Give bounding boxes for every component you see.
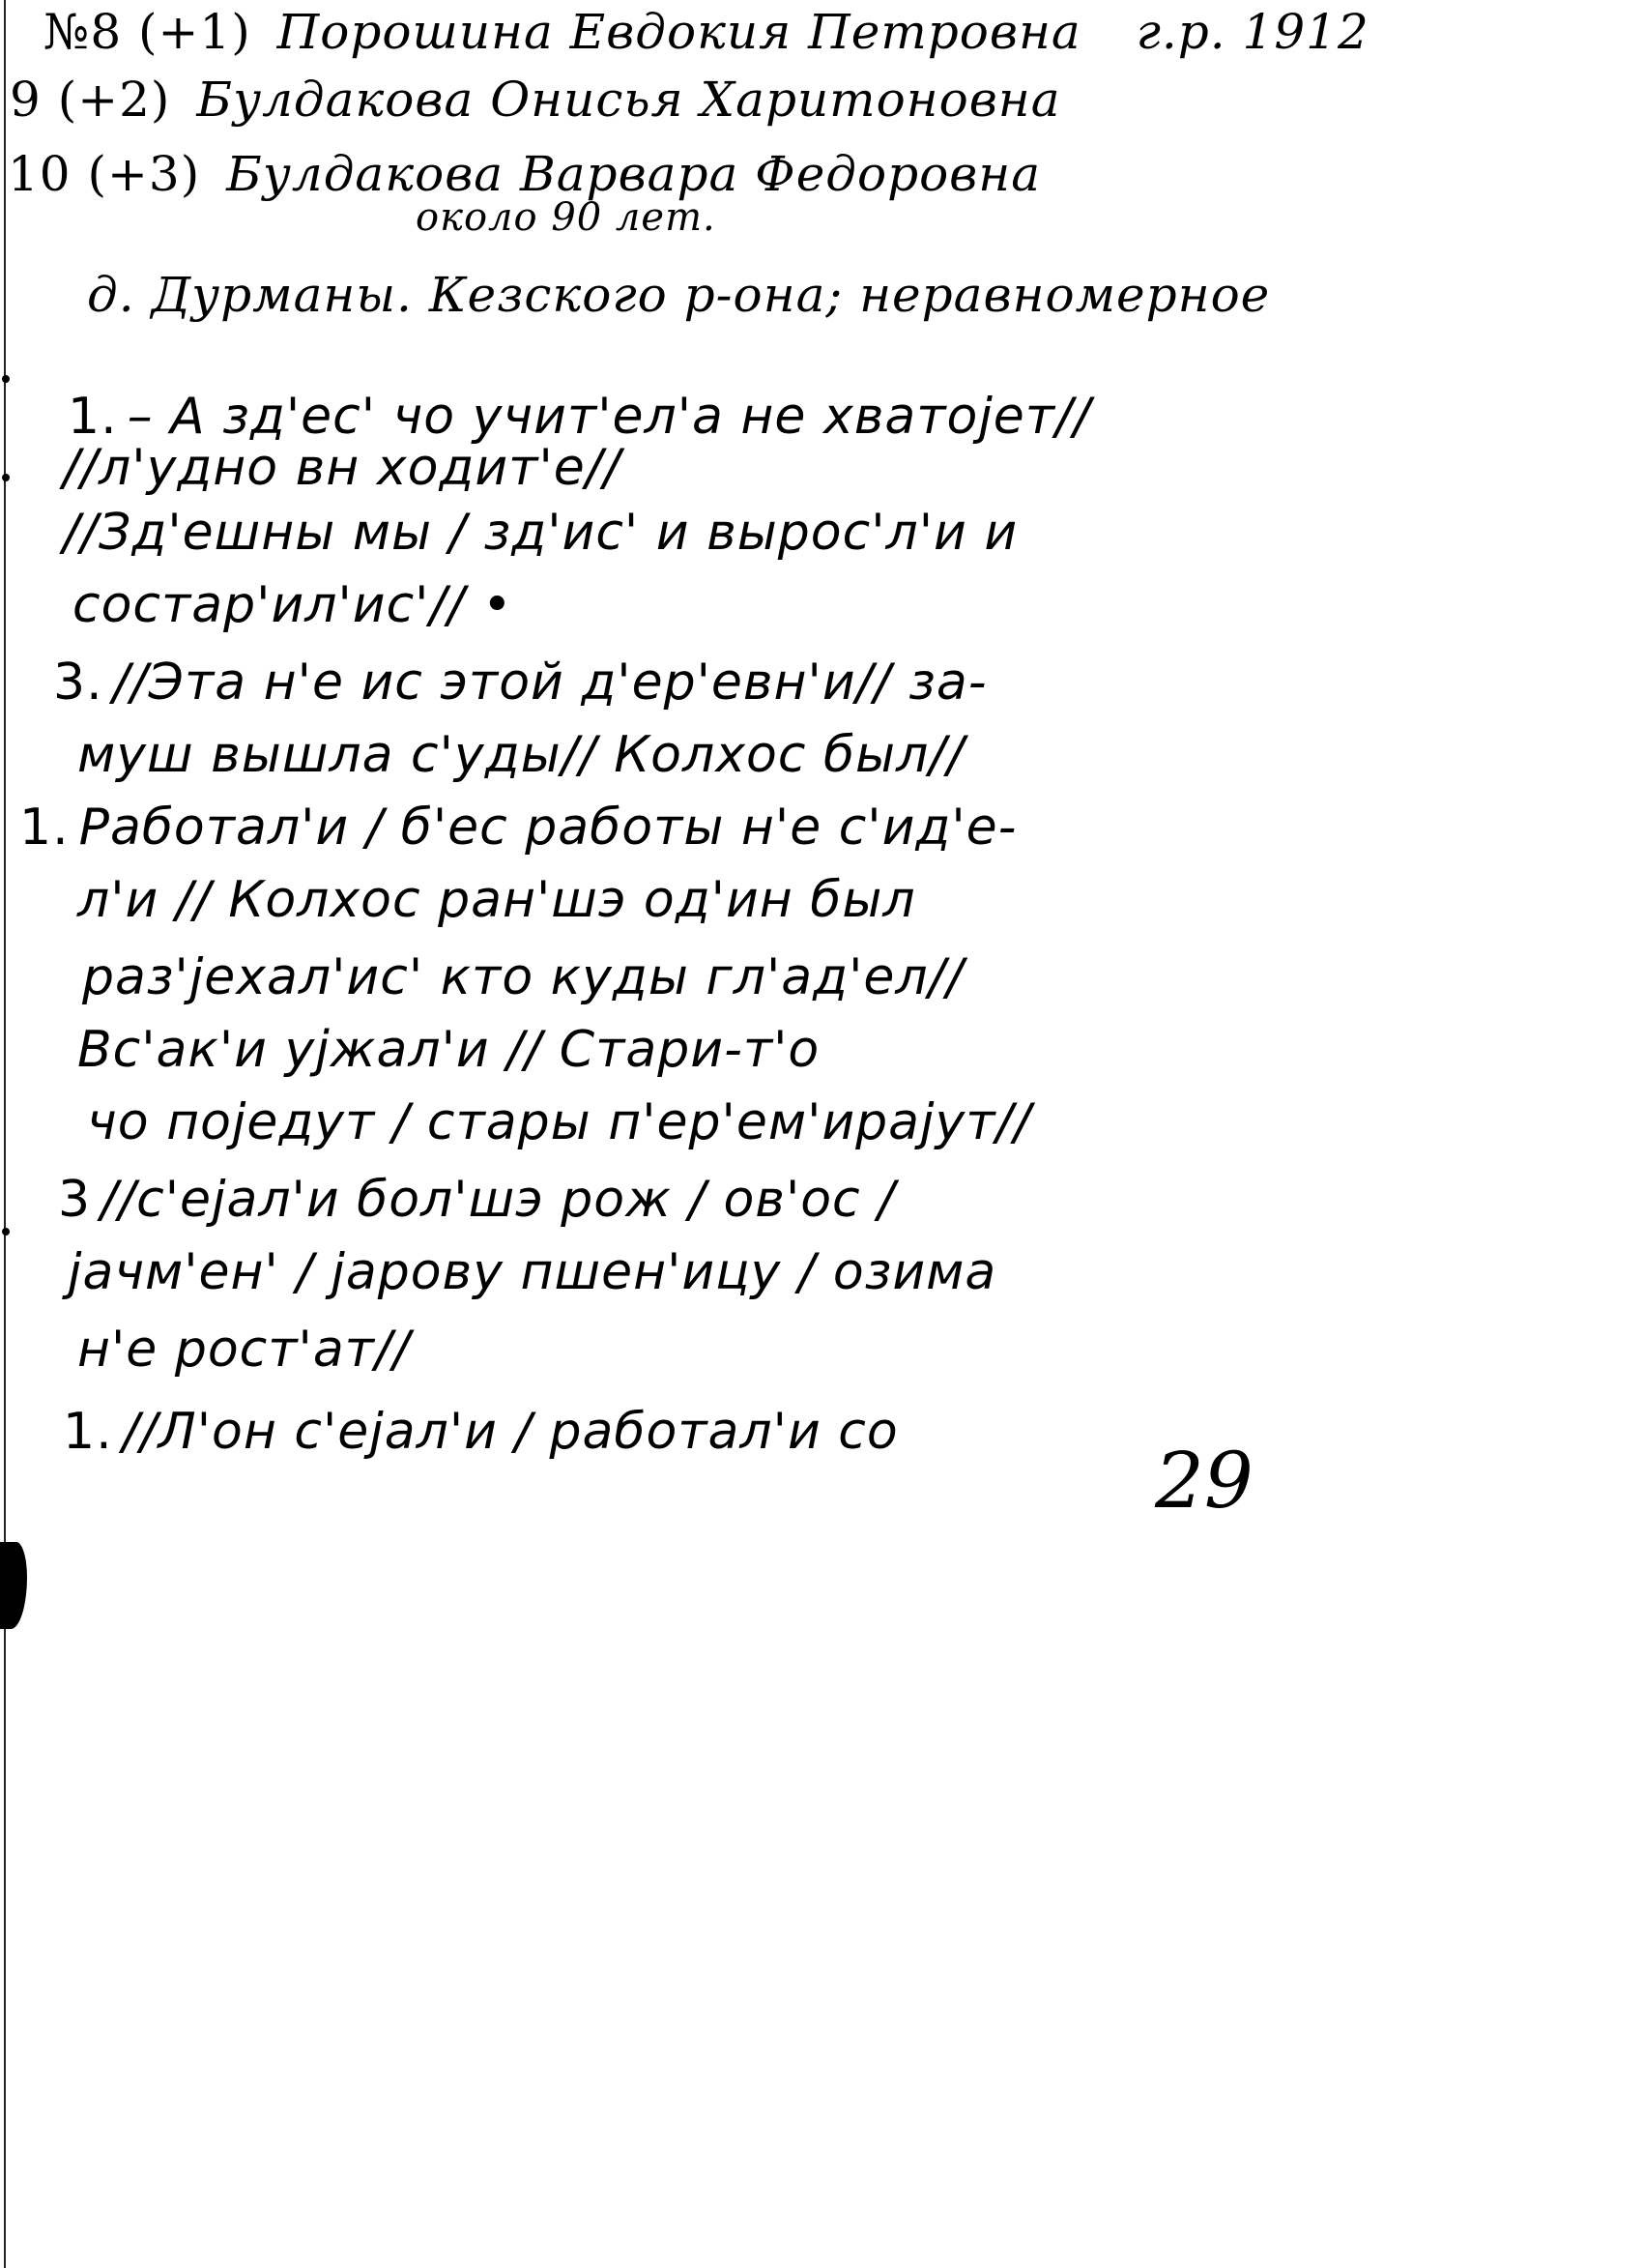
transcript-text: раз'јехал'ис' кто куды гл'ад'ел//: [82, 948, 965, 1006]
informant-name: Булдакова Варвара Федоровна: [226, 146, 1041, 202]
informant-name: Булдакова Онисья Харитоновна: [196, 72, 1060, 128]
margin-mark: [2, 375, 10, 383]
informant-number: 10 (+3): [8, 146, 200, 202]
transcript-text: //Зд'ешны мы / зд'ис' и вырос'л'и и: [63, 504, 1018, 562]
margin-mark: [2, 1228, 10, 1236]
speaker-number: 1.: [19, 799, 70, 857]
informant-number: №8 (+1): [43, 4, 251, 60]
transcript-line: раз'јехал'ис' кто куды гл'ад'ел//: [82, 952, 965, 1003]
transcript-text: состар'ил'ис'// •: [72, 576, 513, 634]
transcript-line: Вс'ак'и уjжал'и // Стари-т'о: [77, 1025, 820, 1075]
transcript-text: //л'удно вн ходит'е//: [63, 439, 621, 497]
manuscript-page: №8 (+1) Порошина Евдокия Петровна г.р. 1…: [0, 0, 1643, 2268]
transcript-line: //Зд'ешны мы / зд'ис' и вырос'л'и и: [63, 508, 1018, 558]
transcript-line: јачм'ен' / јарову пшен'ицу / озима: [68, 1247, 996, 1297]
margin-mark: [2, 474, 10, 481]
transcript-line: 1.//Л'он с'ејал'и / работал'и со: [63, 1407, 899, 1457]
informant-line-2: 9 (+2) Булдакова Онисья Харитоновна: [10, 75, 1061, 124]
location-line: д. Дурманы. Кезского р-она; неравномерно…: [87, 271, 1270, 319]
transcript-text: //Л'он с'ејал'и / работал'и со: [123, 1403, 899, 1461]
page-number: 29: [1155, 1436, 1254, 1526]
transcript-line: л'и // Колхос ран'шэ од'ин был: [77, 875, 916, 925]
left-margin-edge: [4, 0, 6, 2268]
transcript-line: муш вышла с'уды// Колхос был//: [77, 730, 965, 780]
informant-line-3: 10 (+3) Булдакова Варвара Федоровна: [8, 150, 1041, 198]
transcript-text: јачм'ен' / јарову пшен'ицу / озима: [68, 1243, 996, 1301]
speaker-number: 3: [58, 1171, 91, 1229]
transcript-line: 1.– А зд'ес' чо учит'ел'а не хватојет//: [68, 392, 1091, 442]
transcript-text: //Эта н'е ис этой д'ер'евн'и// за-: [113, 654, 988, 712]
speaker-number: 1.: [68, 388, 118, 446]
informant-note: г.р. 1912: [1137, 4, 1369, 60]
transcript-text: Вс'ак'и уjжал'и // Стари-т'о: [77, 1021, 820, 1079]
informant-number: 9 (+2): [10, 72, 170, 128]
informant-line-1: №8 (+1) Порошина Евдокия Петровна г.р. 1…: [43, 8, 1369, 56]
informant-name: Порошина Евдокия Петровна: [277, 4, 1081, 60]
transcript-line: //л'удно вн ходит'е//: [63, 443, 621, 493]
transcript-text: н'е рост'ат//: [77, 1321, 411, 1379]
transcript-line: чо поједут / стары п'ер'ем'ирајут//: [87, 1097, 1032, 1148]
transcript-text: Работал'и / б'ес работы н'е с'ид'е-: [79, 799, 1018, 857]
transcript-line: 3.//Эта н'е ис этой д'ер'евн'и// за-: [53, 657, 987, 708]
transcript-text: – А зд'ес' чо учит'ел'а не хватојет//: [128, 388, 1091, 446]
transcript-text: муш вышла с'уды// Колхос был//: [77, 726, 965, 784]
speaker-number: 1.: [63, 1403, 113, 1461]
transcript-line: 3//с'ејал'и бол'шэ рож / ов'ос /: [58, 1175, 896, 1225]
transcript-text: л'и // Колхос ран'шэ од'ин был: [77, 871, 916, 929]
transcript-line: состар'ил'ис'// •: [72, 580, 513, 630]
speaker-number: 3.: [53, 654, 103, 712]
transcript-line: 1.Работал'и / б'ес работы н'е с'ид'е-: [19, 802, 1017, 853]
transcript-text: //с'ејал'и бол'шэ рож / ов'ос /: [101, 1171, 896, 1229]
ink-blot: [0, 1542, 27, 1629]
transcript-text: чо поједут / стары п'ер'ем'ирајут//: [87, 1093, 1032, 1151]
transcript-line: н'е рост'ат//: [77, 1324, 411, 1375]
informant-age-note: около 90 лет.: [416, 198, 716, 237]
